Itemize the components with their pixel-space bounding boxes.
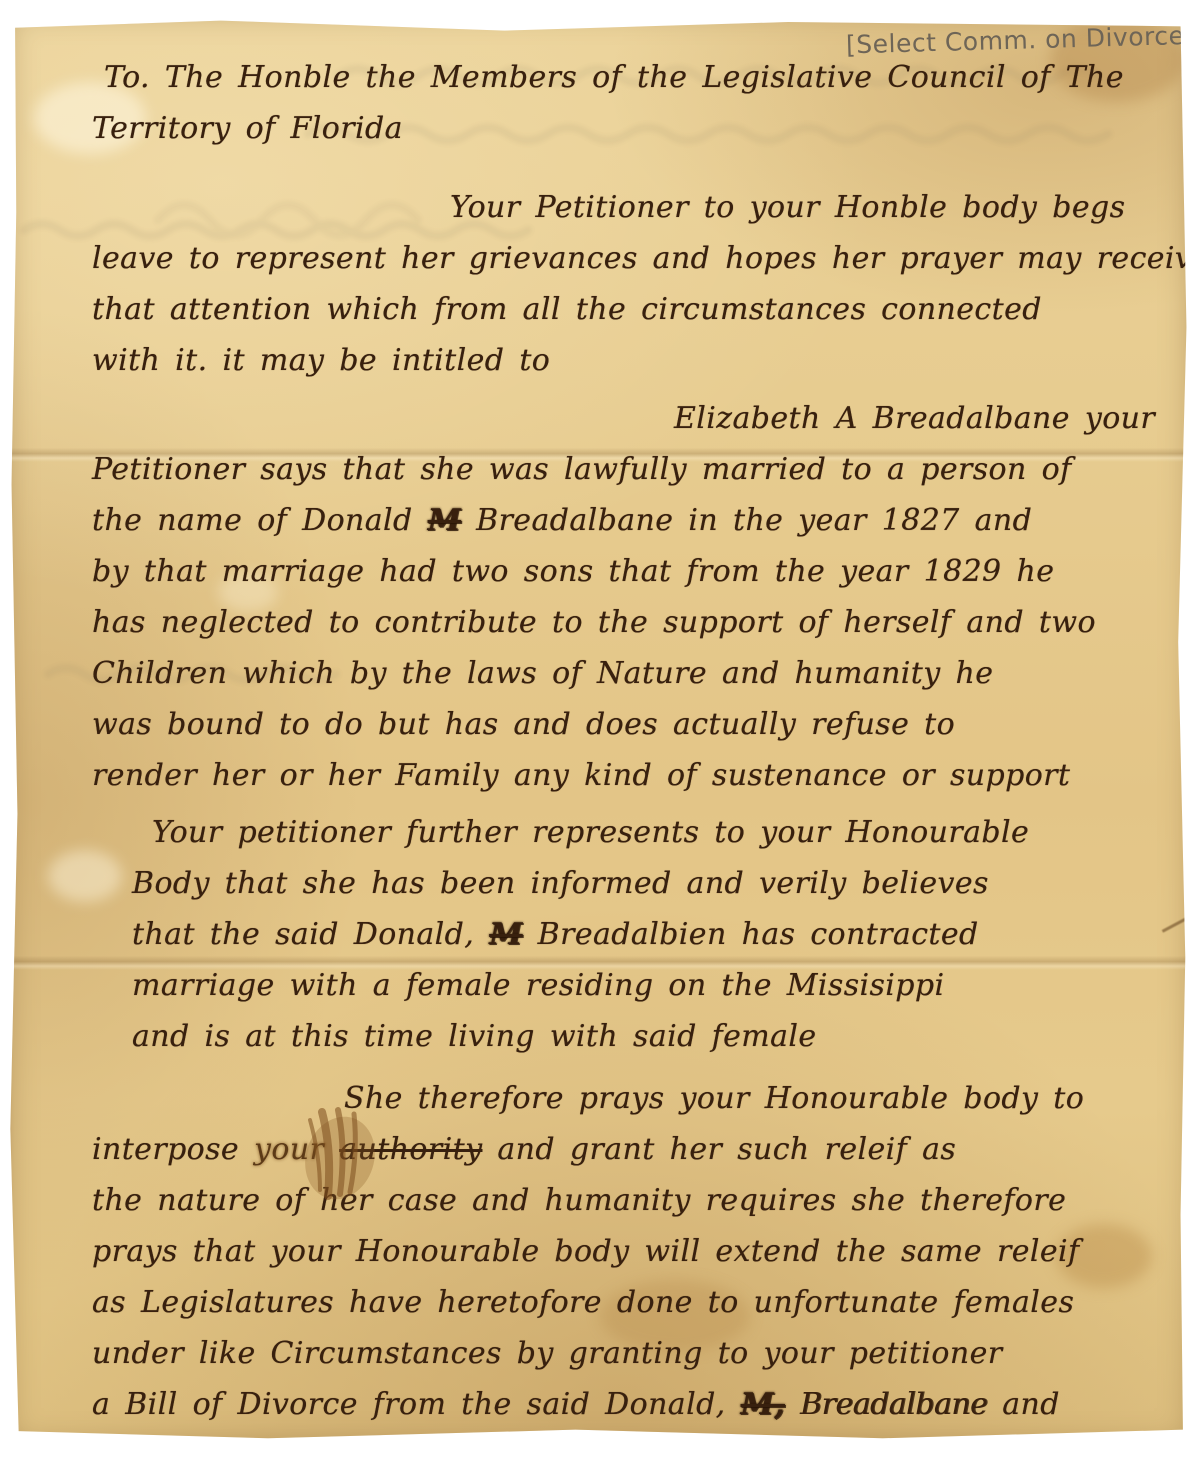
manuscript-line: prays that your Honourable body will ext… (92, 1226, 1142, 1277)
ink-rewritten: Breadalbane (800, 1387, 987, 1422)
manuscript-line: Body that she has been informed and veri… (132, 858, 1142, 909)
manuscript-line: Elizabeth A Breadalbane your (92, 393, 1142, 444)
manuscript-line: Petitioner says that she was lawfully ma… (92, 444, 1142, 495)
ink-blot: M (489, 917, 523, 952)
manuscript-line: was bound to do but has and does actuall… (92, 699, 1142, 750)
manuscript-line: that attention which from all the circum… (92, 284, 1142, 335)
edge-tear (1162, 910, 1200, 932)
document-page: [Select Comm. on Divorce] To. The Honble… (8, 12, 1190, 1444)
paragraph: She therefore prays your Honourable body… (92, 1073, 1142, 1430)
manuscript-line: Your Petitioner to your Honble body begs (92, 182, 1142, 233)
manuscript-line: render her or her Family any kind of sus… (92, 750, 1142, 801)
manuscript-body: To. The Honble the Members of the Legisl… (92, 52, 1142, 1430)
paragraph: Your petitioner further represents to yo… (132, 807, 1142, 1062)
manuscript-line: To. The Honble the Members of the Legisl… (92, 52, 1142, 103)
manuscript-line: Territory of Florida (92, 103, 1142, 154)
ink-struck: authority (339, 1132, 482, 1167)
manuscript-line: has neglected to contribute to the suppo… (92, 597, 1142, 648)
manuscript-line: by that marriage had two sons that from … (92, 546, 1142, 597)
manuscript-line: a Bill of Divorce from the said Donald, … (92, 1379, 1142, 1430)
manuscript-line: that the said Donald, M Breadalbien has … (132, 909, 1142, 960)
paragraph: Elizabeth A Breadalbane yourPetitioner s… (92, 393, 1142, 801)
manuscript-line: Your petitioner further represents to yo… (132, 807, 1142, 858)
manuscript-line: and is at this time living with said fem… (132, 1011, 1142, 1062)
ink-smudged: your (254, 1132, 324, 1167)
manuscript-line: as Legislatures have heretofore done to … (92, 1277, 1142, 1328)
manuscript-line: with it. it may be intitled to (92, 335, 1142, 386)
scan-background: [Select Comm. on Divorce] To. The Honble… (0, 0, 1200, 1459)
paragraph: To. The Honble the Members of the Legisl… (92, 52, 1142, 154)
ink-blot: M, (741, 1387, 785, 1422)
manuscript-line: marriage with a female residing on the M… (132, 960, 1142, 1011)
manuscript-line: interpose your authority and grant her s… (92, 1124, 1142, 1175)
manuscript-line: Children which by the laws of Nature and… (92, 648, 1142, 699)
ink-blot: M (428, 503, 462, 538)
manuscript-line: under like Circumstances by granting to … (92, 1328, 1142, 1379)
manuscript-line: leave to represent her grievances and ho… (92, 233, 1142, 284)
manuscript-line: She therefore prays your Honourable body… (92, 1073, 1142, 1124)
paragraph: Your Petitioner to your Honble body begs… (92, 182, 1142, 386)
manuscript-line: the nature of her case and humanity requ… (92, 1175, 1142, 1226)
manuscript-line: the name of Donald M Breadalbane in the … (92, 495, 1142, 546)
